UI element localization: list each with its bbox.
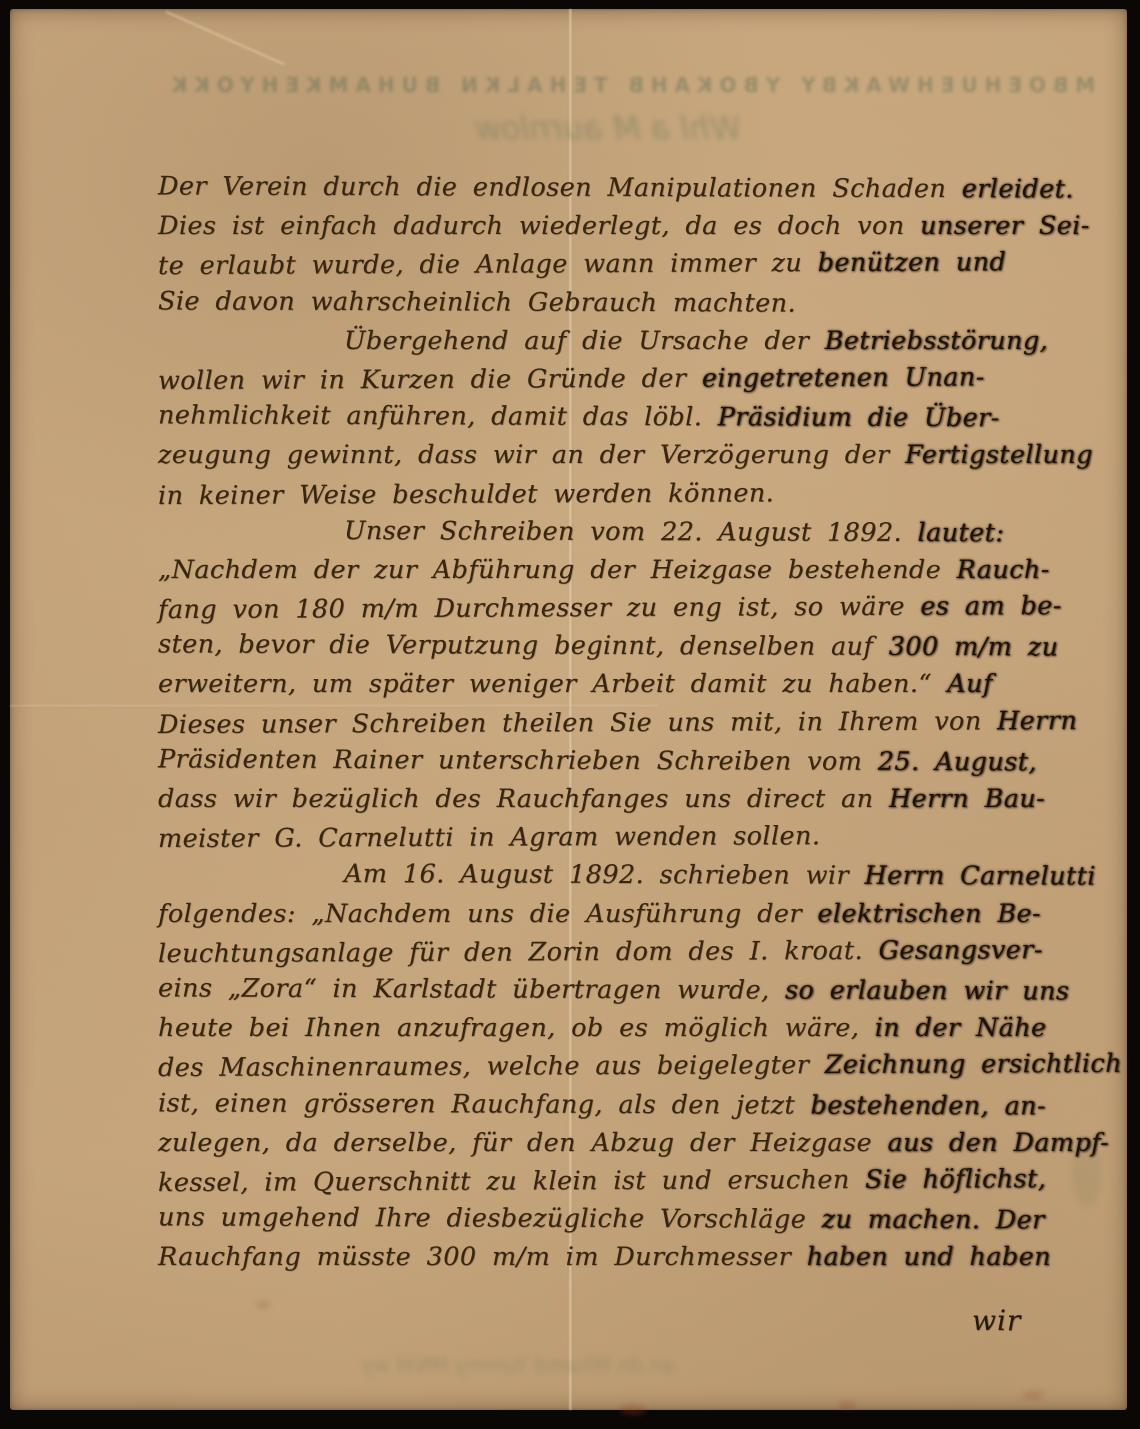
showthrough-bottom-band: an dn Whamd Yummy MNW wy — [238, 1353, 798, 1377]
line-smudge: lautet: — [902, 518, 1004, 548]
paper-sheet: MBOEHUEHWAKBY YBOKAHB TEHALKN BUHAMKEHYO… — [10, 9, 1127, 1410]
handwritten-line: kessel, im Querschnitt zu klein ist und … — [158, 1160, 1094, 1202]
line-smudge: 25. August, — [862, 747, 1037, 778]
catchword: wir — [972, 1304, 1021, 1338]
handwritten-line: Präsidenten Rainer unterschrieben Schrei… — [158, 740, 1094, 781]
line-text: leuchtungsanlage für den Zorin dom des I… — [158, 936, 863, 969]
line-text: Unser Schreiben vom 22. August 1892. — [344, 516, 902, 548]
handwritten-line: leuchtungsanlage für den Zorin dom des I… — [158, 931, 1094, 973]
stain-spot — [1022, 1391, 1044, 1400]
line-smudge: Gesangsver- — [863, 935, 1043, 966]
handwritten-line-paragraph-start: Am 16. August 1892. schrieben wir Herrn … — [158, 855, 1094, 896]
line-text: „Nachdem der zur Abführung der Heizgase … — [158, 555, 941, 585]
handwritten-line-paragraph-start: Übergehend auf die Ursache der Betriebss… — [158, 322, 1094, 360]
handwritten-line: Der Verein durch die endlosen Manipulati… — [158, 167, 1094, 208]
line-text: Übergehend auf die Ursache der — [344, 326, 809, 356]
handwritten-line: sten, bevor die Verputzung beginnt, dens… — [158, 626, 1094, 667]
handwritten-line: uns umgehend Ihre diesbezügliche Vorschl… — [158, 1198, 1094, 1239]
handwritten-line: fang von 180 m/m Durchmesser zu eng ist,… — [158, 587, 1094, 629]
line-smudge: haben und haben — [791, 1242, 1051, 1272]
line-smudge: unserer Sei- — [905, 211, 1090, 241]
line-text: fang von 180 m/m Durchmesser zu eng ist,… — [158, 592, 905, 625]
stain-spot — [838, 1401, 856, 1410]
line-text: sten, bevor die Verputzung beginnt, dens… — [158, 630, 873, 662]
line-text: Dies ist einfach dadurch wiederlegt, da … — [158, 211, 905, 241]
handwritten-line: eins „Zora“ in Karlstadt übertragen wurd… — [158, 969, 1094, 1010]
line-smudge: in der Nähe — [859, 1013, 1046, 1043]
line-text: Rauchfang müsste 300 m/m im Durchmesser — [158, 1242, 791, 1272]
line-smudge: Betriebsstörung, — [809, 326, 1048, 356]
handwritten-line-paragraph-start: Unser Schreiben vom 22. August 1892. lau… — [158, 511, 1094, 552]
handwritten-line: erweitern, um später weniger Arbeit dami… — [158, 665, 1094, 703]
line-text: Sie davon wahrscheinlich Gebrauch machte… — [158, 286, 796, 318]
line-text: Am 16. August 1892. schrieben wir — [344, 859, 849, 891]
line-text: in keiner Weise beschuldet werden können… — [158, 478, 774, 511]
line-text: ist, einen grösseren Rauchfang, als den … — [158, 1088, 795, 1120]
line-text: wollen wir in Kurzen die Gründe der — [158, 364, 687, 396]
line-text: erweitern, um später weniger Arbeit dami… — [158, 669, 932, 699]
handwritten-line: Dies ist einfach dadurch wiederlegt, da … — [158, 207, 1094, 245]
line-text: uns umgehend Ihre diesbezügliche Vorschl… — [158, 1202, 806, 1234]
line-text: kessel, im Querschnitt zu klein ist und … — [158, 1165, 850, 1198]
handwritten-line: des Maschinenraumes, welche aus beigeleg… — [158, 1045, 1094, 1087]
handwritten-line: zeugung gewinnt, dass wir an der Verzöge… — [158, 436, 1094, 474]
line-smudge: Herrn Carnelutti — [849, 861, 1096, 892]
line-smudge: Sie höflichst, — [850, 1164, 1047, 1195]
line-smudge: Rauch- — [941, 555, 1050, 585]
line-text: zulegen, da derselbe, für den Abzug der … — [158, 1128, 872, 1158]
line-smudge: Präsidium die Über- — [702, 402, 1000, 433]
handwritten-line: Sie davon wahrscheinlich Gebrauch machte… — [158, 282, 1094, 323]
line-text: folgendes: „Nachdem uns die Ausführung d… — [158, 899, 802, 929]
handwritten-line: ist, einen grösseren Rauchfang, als den … — [158, 1084, 1094, 1125]
line-text: nehmlichkeit anführen, damit das löbl. — [158, 400, 702, 432]
line-smudge: benützen und — [802, 248, 1006, 279]
line-text: dass wir bezüglich des Rauchfanges uns d… — [158, 784, 873, 814]
line-smudge: Fertigstellung — [890, 440, 1093, 470]
stain-spot — [620, 1405, 646, 1415]
line-text: eins „Zora“ in Karlstadt übertragen wurd… — [158, 973, 770, 1005]
line-smudge: so erlauben wir uns — [769, 975, 1069, 1006]
handwritten-line: nehmlichkeit anführen, damit das löbl. P… — [158, 396, 1094, 437]
line-smudge: Zeichnung ersichtlich — [809, 1049, 1122, 1080]
line-text: Dieses unser Schreiben theilen Sie uns m… — [158, 706, 982, 740]
line-smudge: es am be- — [905, 591, 1062, 622]
handwritten-line: „Nachdem der zur Abführung der Heizgase … — [158, 551, 1094, 589]
line-text: zeugung gewinnt, dass wir an der Verzöge… — [158, 440, 890, 470]
letterhead-showthrough-caps: MBOEHUEHWAKBY YBOKAHB TEHALKN BUHAMKEHYO… — [158, 73, 1102, 97]
line-text: Präsidenten Rainer unterschrieben Schrei… — [158, 744, 862, 776]
handwritten-line: wollen wir in Kurzen die Gründe der eing… — [158, 358, 1094, 400]
line-text: des Maschinenraumes, welche aus beigeleg… — [158, 1051, 809, 1084]
scanned-letter-screenshot: { "page": { "description": "Scan of a ha… — [0, 0, 1140, 1429]
handwritten-line: Dieses unser Schreiben theilen Sie uns m… — [158, 702, 1094, 744]
letter-body: Der Verein durch die endlosen Manipulati… — [158, 169, 1094, 1276]
handwritten-line: Rauchfang müsste 300 m/m im Durchmesser … — [158, 1238, 1094, 1276]
corner-crease — [165, 11, 285, 66]
handwritten-line: folgendes: „Nachdem uns die Ausführung d… — [158, 895, 1094, 933]
line-smudge: erleidet. — [946, 174, 1074, 204]
handwritten-line: zulegen, da derselbe, für den Abzug der … — [158, 1124, 1094, 1162]
handwritten-line: dass wir bezüglich des Rauchfanges uns d… — [158, 780, 1094, 818]
line-text: meister G. Carnelutti in Agram wenden so… — [158, 821, 820, 854]
handwritten-line: heute bei Ihnen anzufragen, ob es möglic… — [158, 1009, 1094, 1047]
line-text: te erlaubt wurde, die Anlage wann immer … — [158, 249, 802, 282]
line-text: Der Verein durch die endlosen Manipulati… — [158, 171, 946, 204]
line-smudge: Auf — [932, 669, 993, 699]
stain-spot — [256, 1301, 270, 1309]
handwritten-line: te erlaubt wurde, die Anlage wann immer … — [158, 243, 1094, 285]
line-smudge: Herrn — [982, 706, 1078, 736]
handwritten-line: in keiner Weise beschuldet werden können… — [158, 472, 1094, 514]
line-smudge: bestehenden, an- — [795, 1090, 1046, 1121]
handwritten-line: meister G. Carnelutti in Agram wenden so… — [158, 816, 1094, 858]
line-smudge: eingetretenen Unan- — [686, 362, 984, 393]
letterhead-showthrough-script: Whl a M aurnlow — [328, 109, 888, 147]
line-smudge: elektrischen Be- — [802, 899, 1041, 929]
line-smudge: aus den Dampf- — [872, 1128, 1109, 1158]
line-smudge: Herrn Bau- — [873, 784, 1045, 814]
line-smudge: 300 m/m zu — [873, 632, 1058, 663]
line-smudge: zu machen. Der — [806, 1205, 1045, 1236]
line-text: heute bei Ihnen anzufragen, ob es möglic… — [158, 1013, 859, 1043]
